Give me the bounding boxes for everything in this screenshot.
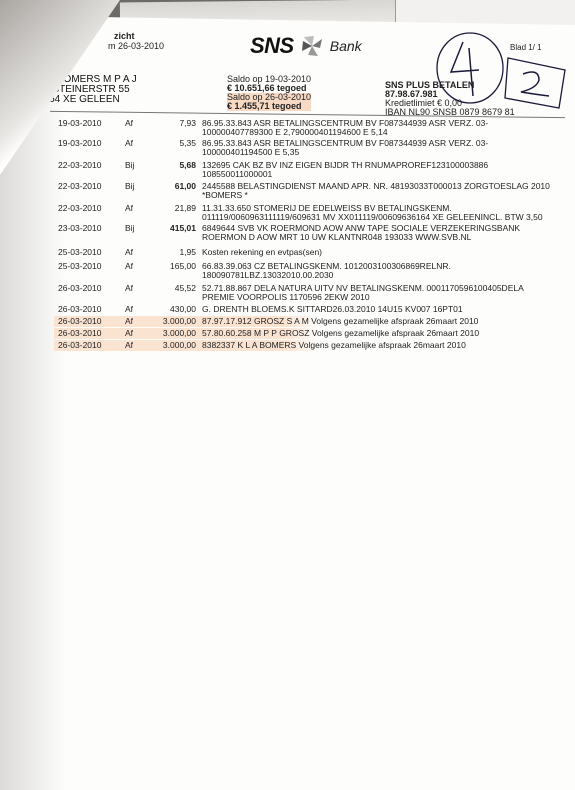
transaction-amount: 165,00 — [148, 262, 196, 271]
transaction-amount: 21,89 — [148, 204, 196, 213]
transaction-description: 52.71.88.867 DELA NATURA UITV NV BETALIN… — [202, 284, 562, 302]
transaction-type: Bij — [125, 224, 145, 233]
transaction-date: 25-03-2010 — [58, 248, 113, 257]
transaction-description: 132695 CAK BZ BV INZ EIGEN BIJDR TH RNUM… — [202, 161, 562, 179]
description-line: Kosten rekening en evtpas(sen) — [202, 248, 562, 257]
transaction-type: Af — [125, 262, 145, 271]
transaction-description: Kosten rekening en evtpas(sen) — [202, 248, 562, 257]
description-line: 180090781LBZ.13032010.00.2030 — [202, 271, 562, 280]
transaction-description: 8382337 K L A BOMERS Volgens gezamelijke… — [202, 341, 562, 350]
transaction-description: 6849644 SVB VK ROERMOND AOW ANW TAPE SOC… — [202, 224, 562, 242]
transaction-amount: 1,95 — [148, 248, 196, 257]
transaction-type: Af — [125, 204, 145, 213]
description-line: 100000401194500 E 5,35 — [202, 148, 562, 157]
balances: Saldo op 19-03-2010 € 10.651,66 tegoed S… — [227, 75, 311, 111]
description-line: 100000407789300 E 2,790000401194600 E 5,… — [202, 128, 562, 137]
transaction-description: 57.80.60.258 M P P GROSZ Volgens gezamel… — [202, 329, 562, 338]
transaction-description: 87.97.17.912 GROSZ S A M Volgens gezamel… — [202, 317, 562, 326]
description-line: ROERMON D AOW MRT 10 UW KLANTNR048 19303… — [202, 233, 562, 242]
transaction-amount: 3.000,00 — [148, 329, 196, 338]
logo-suffix: Bank — [330, 38, 362, 54]
transaction-date: 26-03-2010 — [58, 329, 113, 338]
statement-date: m 26-03-2010 — [108, 41, 164, 52]
transaction-type: Af — [125, 305, 145, 314]
transaction-type: Bij — [125, 182, 145, 191]
transaction-date: 26-03-2010 — [58, 284, 113, 293]
description-line: 011119/0060963111119/609631 MV XX011119/… — [202, 213, 562, 222]
transaction-description: 86.95.33.843 ASR BETALINGSCENTRUM BV F08… — [202, 119, 562, 137]
transaction-amount: 5,68 — [148, 161, 196, 170]
description-line: 57.80.60.258 M P P GROSZ Volgens gezamel… — [202, 329, 562, 338]
transaction-amount: 45,52 — [148, 284, 196, 293]
transaction-type: Af — [125, 341, 145, 350]
closing-balance-value: € 1.455,71 tegoed — [227, 102, 311, 111]
transaction-date: 22-03-2010 — [58, 182, 113, 191]
transaction-date: 22-03-2010 — [58, 204, 113, 213]
transaction-amount: 415,01 — [148, 224, 196, 233]
transaction-amount: 430,00 — [148, 305, 196, 314]
transaction-type: Af — [125, 119, 145, 128]
transaction-description: G. DRENTH BLOEMS.K SITTARD26.03.2010 14U… — [202, 305, 562, 314]
transaction-amount: 7,93 — [148, 119, 196, 128]
transaction-amount: 5,35 — [148, 139, 196, 148]
transaction-date: 26-03-2010 — [58, 341, 113, 350]
description-line: G. DRENTH BLOEMS.K SITTARD26.03.2010 14U… — [202, 305, 562, 314]
description-line: 8382337 K L A BOMERS Volgens gezamelijke… — [202, 341, 562, 350]
sns-propeller-logo-icon — [300, 35, 324, 57]
description-line: 2445588 BELASTINGDIENST MAAND APR. NR. 4… — [202, 182, 562, 191]
description-line: *BOMERS * — [202, 191, 562, 200]
transaction-description: 11.31.33.650 STOMERIJ DE EDELWEISS BV BE… — [202, 204, 562, 222]
transaction-type: Af — [125, 317, 145, 326]
bank-logo: SNS Bank — [250, 33, 362, 59]
logo-brand: SNS — [250, 33, 294, 59]
description-line: 108550011000001 — [202, 170, 562, 179]
transaction-description: 2445588 BELASTINGDIENST MAAND APR. NR. 4… — [202, 182, 562, 200]
description-line: PREMIE VOORPOLIS 1170596 2EKW 2010 — [202, 293, 562, 302]
transaction-amount: 61,00 — [148, 182, 196, 191]
transaction-type: Af — [125, 139, 145, 148]
transaction-date: 22-03-2010 — [58, 161, 113, 170]
transaction-amount: 3.000,00 — [148, 317, 196, 326]
bank-statement: zicht m 26-03-2010 SNS Bank Blad 1/ 1 -S… — [0, 0, 575, 790]
handwritten-annotations — [435, 30, 570, 110]
transaction-date: 26-03-2010 — [58, 317, 113, 326]
transaction-date: 19-03-2010 — [58, 119, 113, 128]
transaction-type: Af — [125, 248, 145, 257]
description-line: 87.97.17.912 GROSZ S A M Volgens gezamel… — [202, 317, 562, 326]
transaction-date: 23-03-2010 — [58, 224, 113, 233]
transaction-description: 86.95.33.843 ASR BETALINGSCENTRUM BV F08… — [202, 139, 562, 157]
transaction-date: 25-03-2010 — [58, 262, 113, 271]
transaction-amount: 3.000,00 — [148, 341, 196, 350]
transaction-date: 26-03-2010 — [58, 305, 113, 314]
handwritten-digit-2 — [521, 72, 549, 96]
transaction-description: 66.83.39.063 CZ BETALINGSKENM. 101200310… — [202, 262, 562, 280]
transaction-date: 19-03-2010 — [58, 139, 113, 148]
transaction-type: Bij — [125, 161, 145, 170]
handwritten-digit-4 — [451, 42, 479, 96]
transaction-type: Af — [125, 284, 145, 293]
transaction-type: Af — [125, 329, 145, 338]
